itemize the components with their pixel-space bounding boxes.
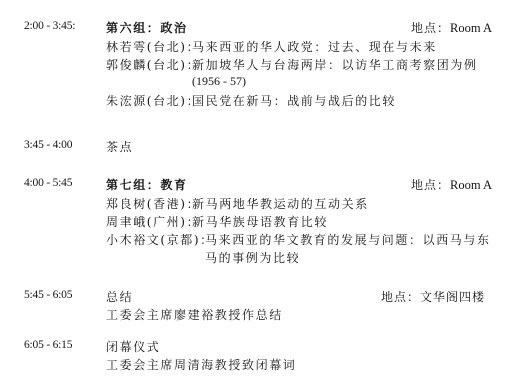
location-value: 文华阁四楼	[420, 290, 485, 304]
location-value: Room A	[450, 178, 492, 192]
session-location: 地点：文华阁四楼	[381, 288, 485, 305]
session-time: 4:00 - 5:45	[24, 177, 72, 189]
session-title: 闭幕仪式	[106, 338, 160, 355]
session-title: 茶点	[106, 138, 133, 155]
location-label: 地点：	[411, 21, 450, 35]
session-location: 地点：Room A	[411, 176, 492, 193]
talk-topic: 马来西亚的华文教育的发展与问题：以西马与东	[205, 231, 491, 248]
session-title: 总结	[106, 288, 133, 305]
session-detail: 工委会主席廖建裕教授作总结	[106, 306, 283, 323]
talk-topic-continued: (1956 - 57)	[192, 74, 246, 89]
talk-speaker: 林若雩(台北)：	[106, 38, 200, 55]
talk-speaker: 郑良树(香港)：	[106, 195, 200, 212]
session-title: 第六组：政治	[106, 19, 188, 36]
talk-speaker: 朱浤源(台北)：	[106, 92, 200, 109]
talk-speaker: 周聿峨(广州)：	[106, 213, 200, 230]
talk-topic: 新马华族母语教育比较	[192, 213, 328, 230]
talk-speaker: 郭俊麟(台北)：	[106, 56, 200, 73]
session-location: 地点：Room A	[411, 19, 492, 36]
location-value: Room A	[450, 21, 492, 35]
talk-topic-continued: 马的事例为比较	[205, 249, 300, 266]
talk-topic: 新加坡华人与台海两岸：以访华工商考察团为例	[192, 56, 478, 73]
session-time: 2:00 - 3:45:	[24, 20, 75, 32]
session-time: 6:05 - 6:15	[24, 339, 72, 351]
location-label: 地点：	[411, 178, 450, 192]
talk-speaker: 小木裕文(京都)：	[106, 231, 214, 248]
session-title: 第七组：教育	[106, 176, 188, 193]
session-detail: 工委会主席周清海教授致闭幕词	[106, 356, 296, 373]
location-label: 地点：	[381, 290, 420, 304]
talk-topic: 国民党在新马：战前与战后的比较	[192, 92, 396, 109]
talk-topic: 新马两地华教运动的互动关系	[192, 195, 369, 212]
session-time: 5:45 - 6:05	[24, 289, 72, 301]
talk-topic: 马来西亚的华人政党：过去、现在与未来	[192, 38, 437, 55]
session-time: 3:45 - 4:00	[24, 139, 72, 151]
